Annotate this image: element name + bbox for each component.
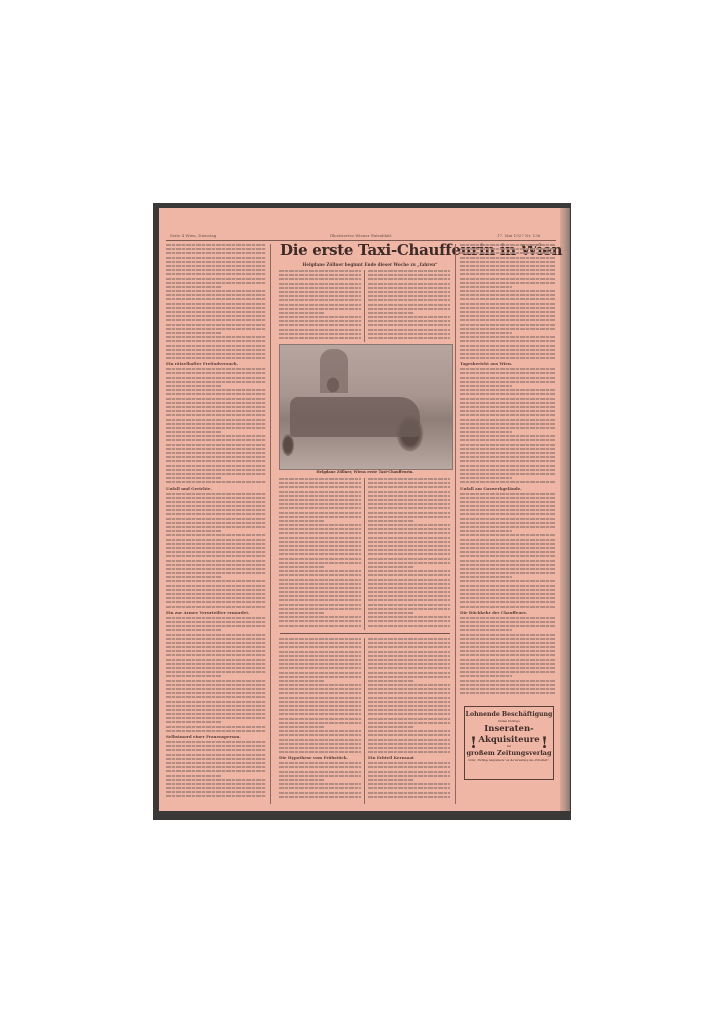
- text-line: [460, 282, 555, 284]
- text-line: [460, 349, 555, 351]
- text-line: [368, 295, 450, 297]
- text-line: [166, 692, 266, 694]
- text-line: [279, 751, 361, 753]
- text-line: [460, 465, 555, 467]
- text-line: [460, 423, 555, 425]
- text-line: [279, 329, 361, 331]
- header-date-issue: 17. Mai 1927 Nr. 136: [497, 233, 540, 238]
- text-line: [279, 512, 361, 514]
- text-line: [460, 261, 555, 263]
- text-line: [460, 518, 555, 520]
- text-line: [166, 779, 266, 781]
- text-line: [279, 655, 361, 657]
- article-column-b: [368, 270, 450, 342]
- text-line: [279, 304, 361, 306]
- text-line: [460, 385, 512, 387]
- text-line: [460, 634, 555, 636]
- text-line: [166, 398, 266, 400]
- text-line: [166, 244, 266, 246]
- text-line: [460, 534, 555, 536]
- text-line: [166, 324, 266, 326]
- text-line: [279, 676, 361, 678]
- text-line: [279, 663, 361, 665]
- text-line: [460, 257, 555, 259]
- text-line: [460, 551, 555, 553]
- article-column-a: [279, 270, 361, 342]
- text-line: [368, 324, 450, 326]
- text-line: [368, 599, 450, 601]
- text-line: [166, 505, 266, 507]
- text-line: [166, 758, 266, 760]
- text-line: [460, 406, 555, 408]
- text-line: [368, 692, 450, 694]
- article-headline: Die erste Taxi-Chauffeurin in Wien: [280, 241, 460, 259]
- text-line: [279, 299, 361, 301]
- text-line: [166, 282, 266, 284]
- text-line: [460, 663, 555, 665]
- text-line: [279, 295, 361, 297]
- column-divider: [364, 638, 365, 804]
- text-line: [279, 796, 361, 798]
- text-line: [166, 435, 266, 437]
- text-line: [368, 562, 450, 564]
- text-line: [166, 460, 266, 462]
- text-line: [368, 553, 450, 555]
- text-line: [279, 558, 361, 560]
- text-line: [368, 734, 450, 736]
- text-line: [368, 766, 450, 768]
- text-line: [460, 597, 555, 599]
- text-line: [279, 667, 361, 669]
- text-line: [166, 709, 266, 711]
- text-line: [279, 333, 361, 335]
- text-line: [279, 616, 361, 618]
- text-line: [279, 642, 361, 644]
- text-line: [460, 324, 555, 326]
- text-line: [166, 336, 266, 338]
- text-line: [166, 522, 266, 524]
- text-line: [166, 448, 266, 450]
- text-line: [279, 680, 324, 682]
- text-line: [460, 593, 555, 595]
- text-line: [460, 625, 555, 627]
- text-line: [166, 650, 266, 652]
- text-line: [279, 283, 361, 285]
- text-line: [368, 739, 450, 741]
- text-line: [279, 287, 361, 289]
- text-line: [166, 741, 266, 743]
- text-line: [166, 509, 266, 511]
- text-line: [368, 684, 450, 686]
- text-line: [460, 684, 555, 686]
- text-line: [166, 717, 266, 719]
- text-line: [460, 336, 555, 338]
- text-line: [279, 574, 361, 576]
- text-line: [460, 340, 555, 342]
- text-line: [368, 672, 450, 674]
- text-line: [368, 663, 450, 665]
- text-line: [368, 545, 450, 547]
- text-line: [166, 663, 266, 665]
- text-line: [279, 324, 361, 326]
- text-line: [279, 587, 361, 589]
- text-line: [460, 393, 555, 395]
- column-center-lower-b: Ein Erbteil Kernsaat: [368, 638, 450, 804]
- text-line: [166, 385, 221, 387]
- text-line: [279, 739, 361, 741]
- text-line: [166, 465, 266, 467]
- text-line: [279, 566, 324, 568]
- text-line: [460, 290, 555, 292]
- text-line: [368, 796, 450, 798]
- text-line: [166, 345, 266, 347]
- text-line: [166, 589, 266, 591]
- text-line: [368, 491, 450, 493]
- text-line: [460, 629, 512, 631]
- text-line: [166, 389, 266, 391]
- text-line: [166, 402, 266, 404]
- text-line: [166, 431, 221, 433]
- text-line: [166, 319, 266, 321]
- text-line: [368, 524, 450, 526]
- text-line: [166, 526, 266, 528]
- text-line: [368, 537, 450, 539]
- text-line: [460, 501, 555, 503]
- text-line: [279, 528, 361, 530]
- text-line: [460, 621, 555, 623]
- text-line: [460, 431, 512, 433]
- text-line: [460, 435, 555, 437]
- text-line: [460, 357, 555, 359]
- text-line: [166, 427, 266, 429]
- text-line: [279, 730, 361, 732]
- text-line: [279, 718, 361, 720]
- text-line: [166, 493, 266, 495]
- section-heading: Unfall und Gerichte.: [166, 486, 266, 491]
- text-line: [279, 549, 361, 551]
- text-line: [368, 337, 450, 339]
- text-line: [368, 312, 413, 314]
- text-line: [279, 291, 361, 293]
- text-line: [279, 620, 361, 622]
- text-line: [166, 469, 266, 471]
- text-line: [279, 599, 361, 601]
- text-line: [166, 696, 266, 698]
- text-line: [368, 541, 450, 543]
- text-line: [460, 505, 555, 507]
- text-line: [368, 743, 450, 745]
- text-line: [368, 495, 450, 497]
- text-line: [279, 697, 361, 699]
- text-line: [368, 726, 413, 728]
- text-line: [279, 541, 361, 543]
- text-line: [460, 543, 555, 545]
- text-line: [166, 701, 266, 703]
- text-line: [460, 419, 555, 421]
- column-divider: [364, 478, 365, 630]
- text-line: [279, 646, 361, 648]
- text-line: [279, 787, 361, 789]
- text-line: [368, 730, 450, 732]
- text-line: [166, 646, 266, 648]
- text-line: [460, 642, 555, 644]
- text-line: [368, 779, 413, 781]
- text-line: [166, 381, 266, 383]
- text-line: [166, 530, 221, 532]
- column-divider: [270, 244, 271, 804]
- text-line: [460, 509, 555, 511]
- text-line: [460, 332, 512, 334]
- text-line: [460, 601, 555, 603]
- text-line: [279, 316, 361, 318]
- text-line: [368, 316, 450, 318]
- text-line: [460, 311, 555, 313]
- text-line: [368, 516, 450, 518]
- text-line: [279, 545, 361, 547]
- text-line: [368, 304, 450, 306]
- ad-headline: Lohnende Beschäftigung: [465, 711, 553, 718]
- text-line: [460, 319, 555, 321]
- text-line: [279, 604, 361, 606]
- text-line: [460, 328, 555, 330]
- text-line: [166, 638, 266, 640]
- text-line: [166, 766, 266, 768]
- text-line: [279, 783, 361, 785]
- text-line: [460, 555, 555, 557]
- text-line: [368, 651, 450, 653]
- text-line: [368, 787, 450, 789]
- article-column-c: [279, 478, 361, 630]
- text-line: [279, 274, 361, 276]
- text-line: [368, 579, 450, 581]
- text-line: [279, 792, 361, 794]
- text-line: [279, 659, 361, 661]
- text-line: [166, 593, 266, 595]
- text-line: [368, 283, 450, 285]
- text-line: [368, 697, 450, 699]
- text-line: [166, 393, 266, 395]
- text-line: [368, 520, 413, 522]
- photo-doorway: [320, 349, 348, 393]
- text-line: [279, 612, 324, 614]
- text-line: [279, 771, 361, 773]
- text-line: [279, 743, 361, 745]
- text-line: [460, 526, 555, 528]
- text-line: [368, 680, 413, 682]
- text-line: [460, 654, 555, 656]
- text-line: [279, 684, 361, 686]
- text-line: [166, 539, 266, 541]
- text-line: [279, 337, 361, 339]
- text-line: [460, 294, 555, 296]
- text-line: [460, 617, 555, 619]
- text-line: [166, 783, 266, 785]
- text-line: [279, 726, 324, 728]
- text-line: [460, 688, 555, 690]
- text-line: [460, 675, 512, 677]
- text-line: [279, 579, 361, 581]
- text-line: [368, 566, 413, 568]
- text-line: [166, 248, 266, 250]
- text-line: [460, 659, 555, 661]
- text-line: [166, 568, 266, 570]
- text-line: [368, 591, 450, 593]
- text-line: [368, 638, 450, 640]
- text-line: [368, 701, 450, 703]
- text-line: [368, 646, 450, 648]
- text-line: [166, 713, 266, 715]
- text-line: [279, 625, 361, 627]
- text-line: [279, 701, 361, 703]
- article-column-d: [368, 478, 450, 630]
- text-line: [166, 273, 266, 275]
- text-line: [368, 287, 450, 289]
- text-line: [368, 549, 450, 551]
- text-line: [368, 616, 450, 618]
- text-line: [166, 349, 266, 351]
- text-line: [368, 655, 450, 657]
- text-line: [368, 659, 450, 661]
- text-line: [460, 345, 555, 347]
- text-line: [166, 547, 266, 549]
- text-line: [166, 688, 266, 690]
- text-line: [368, 688, 450, 690]
- text-line: [460, 497, 555, 499]
- text-line: [460, 493, 555, 495]
- text-line: [166, 311, 266, 313]
- text-line: [279, 747, 361, 749]
- text-line: [279, 499, 361, 501]
- text-line: [368, 486, 450, 488]
- text-line: [166, 791, 266, 793]
- text-line: [368, 291, 450, 293]
- photo-caption: Helgdane Zöllner, Wiens erste Taxi-Chauf…: [279, 470, 451, 474]
- text-line: [460, 456, 555, 458]
- text-line: [368, 747, 450, 749]
- text-line: [368, 528, 450, 530]
- text-line: [279, 524, 361, 526]
- text-line: [166, 265, 266, 267]
- text-line: [166, 754, 266, 756]
- text-line: [368, 751, 450, 753]
- text-line: [166, 762, 266, 764]
- text-line: [368, 722, 450, 724]
- text-line: [166, 659, 266, 661]
- text-line: [279, 595, 361, 597]
- text-line: [166, 667, 266, 669]
- text-line: [166, 625, 266, 627]
- text-line: [166, 560, 266, 562]
- text-line: [368, 274, 450, 276]
- text-line: [279, 532, 361, 534]
- text-line: [279, 308, 361, 310]
- text-line: [166, 726, 266, 728]
- section-heading: Tagesbericht aus Wien.: [460, 361, 555, 366]
- text-line: [166, 629, 221, 631]
- text-line: [166, 675, 221, 677]
- text-line: [166, 261, 266, 263]
- text-line: [279, 495, 361, 497]
- text-line: [368, 762, 450, 764]
- text-line: [166, 406, 266, 408]
- text-line: [460, 298, 555, 300]
- text-line: [279, 591, 361, 593]
- text-line: [460, 481, 555, 483]
- text-line: [279, 520, 324, 522]
- text-line: [368, 329, 450, 331]
- text-line: [279, 775, 361, 777]
- text-line: [460, 680, 555, 682]
- text-line: [460, 568, 555, 570]
- text-line: [460, 381, 555, 383]
- text-line: [460, 671, 555, 673]
- text-line: [279, 486, 361, 488]
- text-line: [166, 572, 266, 574]
- text-line: [368, 478, 450, 480]
- text-line: [460, 372, 555, 374]
- text-line: [166, 654, 266, 656]
- text-line: [166, 705, 266, 707]
- text-line: [460, 650, 555, 652]
- ad-title-line1: Inseraten-: [465, 725, 553, 734]
- article-subtitle: Helgdane Zöllner beginnt Ende dieser Woc…: [285, 262, 455, 267]
- text-line: [166, 634, 266, 636]
- text-line: [166, 671, 266, 673]
- text-line: [460, 585, 555, 587]
- exclamation-icon: !: [470, 733, 477, 752]
- text-line: [279, 503, 361, 505]
- section-heading: Die Rückkehr der Chauffeure.: [460, 610, 555, 615]
- text-line: [368, 783, 450, 785]
- text-line: [368, 507, 450, 509]
- text-line: [460, 353, 555, 355]
- section-heading: Die Hypothese vom Frühstück.: [279, 755, 361, 760]
- text-line: [460, 638, 555, 640]
- text-line: [460, 572, 555, 574]
- text-line: [368, 612, 413, 614]
- text-line: [166, 303, 266, 305]
- text-line: [166, 328, 266, 330]
- text-line: [368, 270, 450, 272]
- text-line: [460, 452, 555, 454]
- text-line: [166, 617, 266, 619]
- text-line: [368, 299, 450, 301]
- ad-contact: Unter „Tüchtige Akquisiteure“ an die Ver…: [465, 759, 553, 762]
- header-page-day: Seite 4 Wien, Dienstag: [170, 233, 216, 238]
- column-center-lower-a: Die Hypothese vom Frühstück.: [279, 638, 361, 804]
- text-line: [460, 389, 555, 391]
- text-line: [166, 680, 266, 682]
- text-line: [166, 410, 266, 412]
- text-line: [279, 278, 361, 280]
- text-line: [166, 286, 221, 288]
- text-line: [460, 402, 555, 404]
- text-line: [166, 269, 266, 271]
- text-line: [166, 501, 266, 503]
- binding-gutter: [560, 208, 570, 811]
- text-line: [460, 273, 555, 275]
- text-line: [166, 518, 266, 520]
- text-line: [368, 583, 450, 585]
- text-line: [368, 676, 450, 678]
- text-line: [166, 497, 266, 499]
- text-line: [166, 580, 266, 582]
- photo-taxi-car: [290, 397, 420, 437]
- text-line: [279, 705, 361, 707]
- text-line: [279, 270, 361, 272]
- text-line: [368, 532, 450, 534]
- text-line: [368, 608, 450, 610]
